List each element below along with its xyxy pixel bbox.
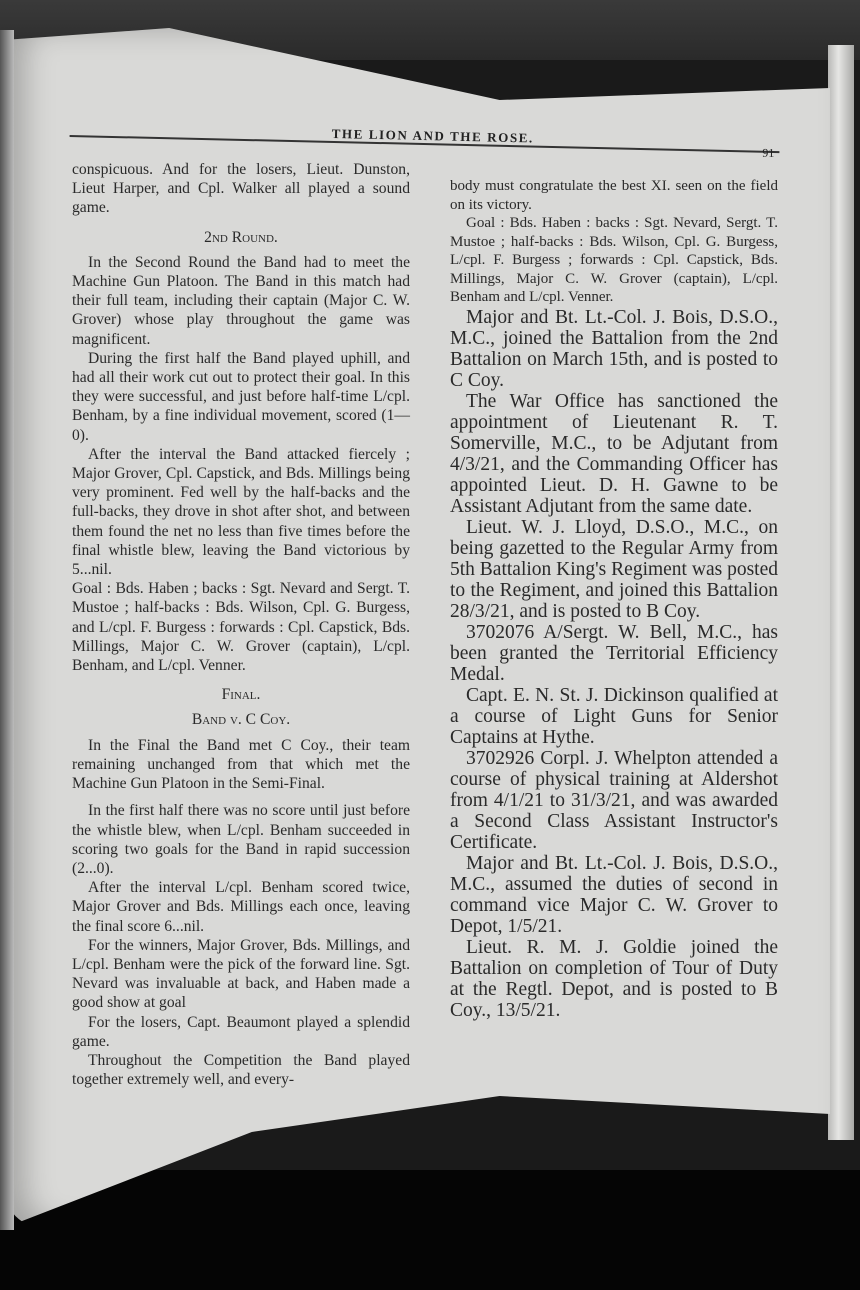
- paragraph: In the Second Round the Band had to meet…: [72, 253, 410, 349]
- paragraph: 3702926 Corpl. J. Whelpton attended a co…: [450, 748, 778, 853]
- paragraph: Lieut. W. J. Lloyd, D.S.O., M.C., on bei…: [450, 517, 778, 622]
- left-column: conspicuous. And for the losers, Lieut. …: [72, 160, 410, 1089]
- dark-background-bottom: [0, 1170, 860, 1290]
- paragraph: Capt. E. N. St. J. Dickinson qualified a…: [450, 685, 778, 748]
- paragraph: In the Final the Band met C Coy., their …: [72, 736, 410, 794]
- paragraph: After the interval the Band attacked fie…: [72, 445, 410, 579]
- team-list: Goal : Bds. Haben : backs : Sgt. Nevard,…: [450, 214, 778, 307]
- right-column: body must congratulate the best XI. seen…: [450, 177, 778, 1021]
- spine-shadow: [0, 30, 14, 1230]
- section-heading-2nd-round: 2nd Round.: [72, 228, 410, 247]
- page-stack-edge: [828, 45, 854, 1140]
- paragraph: conspicuous. And for the losers, Lieut. …: [72, 160, 410, 218]
- page-number: 91: [762, 146, 774, 161]
- section-heading-final: Final.: [72, 685, 410, 704]
- paragraph: After the interval L/cpl. Benham scored …: [72, 878, 410, 936]
- paragraph: The War Office has sanctioned the appoin…: [450, 391, 778, 517]
- paragraph: Lieut. R. M. J. Goldie joined the Battal…: [450, 937, 778, 1021]
- paragraph: Major and Bt. Lt.-Col. J. Bois, D.S.O., …: [450, 853, 778, 937]
- paragraph: Major and Bt. Lt.-Col. J. Bois, D.S.O., …: [450, 307, 778, 391]
- paragraph: Throughout the Competition the Band play…: [72, 1051, 410, 1089]
- paragraph: In the first half there was no score unt…: [72, 801, 410, 878]
- paragraph: For the losers, Capt. Beaumont played a …: [72, 1013, 410, 1051]
- paragraph: 3702076 A/Sergt. W. Bell, M.C., has been…: [450, 622, 778, 685]
- paragraph: body must congratulate the best XI. seen…: [450, 177, 778, 214]
- paragraph: For the winners, Major Grover, Bds. Mill…: [72, 936, 410, 1013]
- paragraph: During the first half the Band played up…: [72, 349, 410, 445]
- team-list: Goal : Bds. Haben ; backs : Sgt. Nevard …: [72, 579, 410, 675]
- section-subheading-final: Band v. C Coy.: [72, 710, 410, 729]
